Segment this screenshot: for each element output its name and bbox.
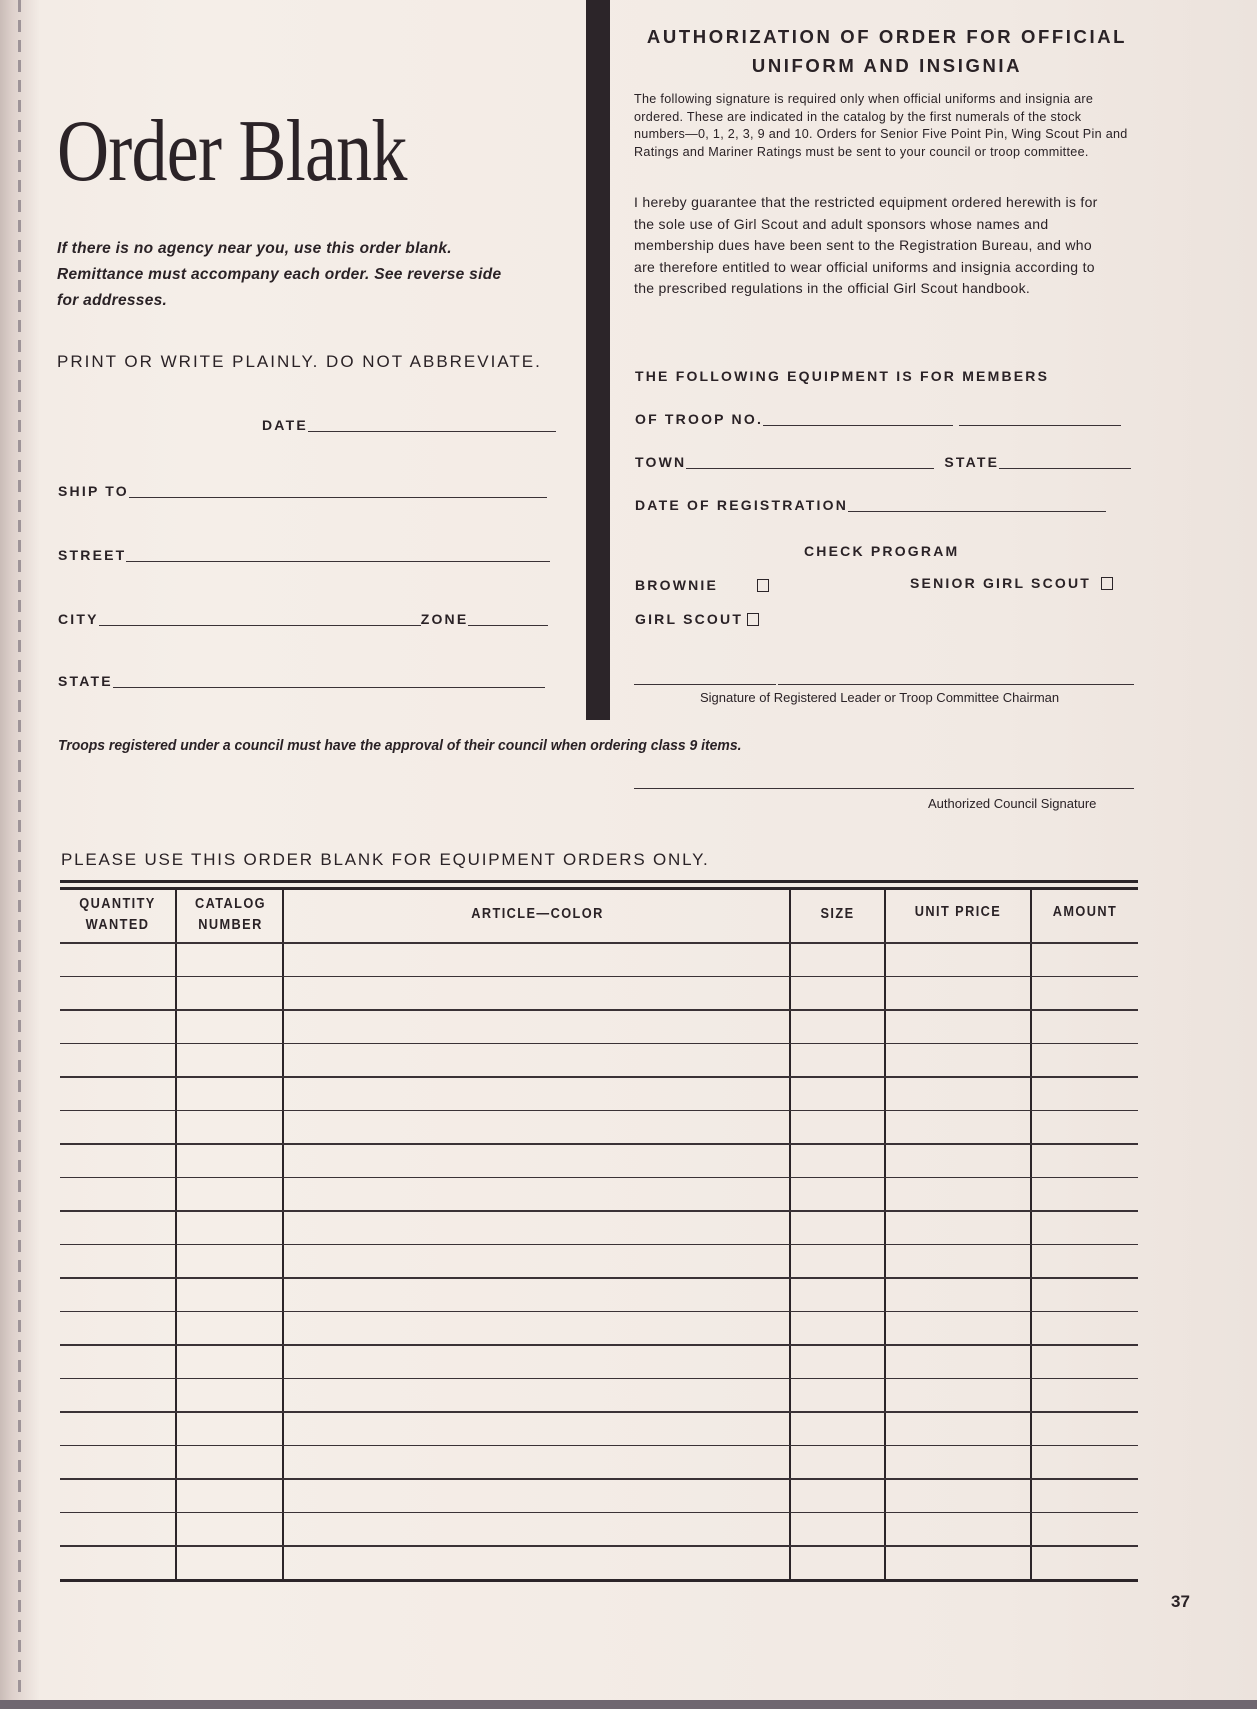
intro-text: If there is no agency near you, use this…	[57, 236, 517, 314]
leader-signature-caption: Signature of Registered Leader or Troop …	[700, 690, 1059, 705]
authorization-paragraph-1: The following signature is required only…	[634, 91, 1134, 161]
table-cell[interactable]	[886, 1413, 1028, 1443]
troop-no-field[interactable]: OF TROOP NO.	[635, 412, 1121, 426]
table-cell[interactable]	[791, 1179, 882, 1209]
leader-signature-line-a[interactable]	[634, 684, 776, 685]
ship-to-input-line[interactable]	[129, 484, 547, 498]
table-cell[interactable]	[791, 1514, 882, 1544]
zone-input-line[interactable]	[468, 612, 548, 626]
state-field[interactable]: STATE	[58, 674, 545, 688]
table-cell[interactable]	[62, 1112, 173, 1142]
program-option-senior-girl-scout[interactable]: SENIOR GIRL SCOUT	[910, 576, 1113, 590]
table-cell[interactable]	[886, 1179, 1028, 1209]
table-cell[interactable]	[886, 1112, 1028, 1142]
table-cell[interactable]	[1032, 1045, 1136, 1075]
program-option-girl-scout[interactable]: GIRL SCOUT	[635, 612, 759, 626]
page: Order Blank If there is no agency near y…	[0, 0, 1257, 1709]
table-cell[interactable]	[791, 1380, 882, 1410]
table-cell[interactable]	[177, 1413, 280, 1443]
state-input-line[interactable]	[113, 674, 545, 688]
leader-signature-line-b[interactable]	[778, 684, 1134, 685]
divider-bar	[586, 0, 610, 720]
table-cell[interactable]	[791, 1145, 882, 1175]
table-cell[interactable]	[284, 978, 787, 1008]
table-cell[interactable]	[791, 978, 882, 1008]
street-input-line[interactable]	[126, 548, 550, 562]
zone-label: ZONE	[421, 612, 469, 626]
town-input-line[interactable]	[686, 455, 934, 469]
table-cell[interactable]	[177, 1447, 280, 1477]
table-cell[interactable]	[62, 978, 173, 1008]
table-cell[interactable]	[177, 1480, 280, 1510]
table-cell[interactable]	[284, 1313, 787, 1343]
table-cell[interactable]	[886, 1380, 1028, 1410]
table-cell[interactable]	[1032, 1346, 1136, 1376]
street-field[interactable]: STREET	[58, 548, 550, 562]
print-instruction: PRINT OR WRITE PLAINLY. DO NOT ABBREVIAT…	[57, 352, 542, 372]
table-cell[interactable]	[1032, 1480, 1136, 1510]
table-cell[interactable]	[62, 1279, 173, 1309]
table-cell[interactable]	[791, 1246, 882, 1276]
senior-girl-scout-label: SENIOR GIRL SCOUT	[910, 576, 1091, 590]
table-cell[interactable]	[791, 1313, 882, 1343]
table-cell[interactable]	[284, 1045, 787, 1075]
program-option-brownie[interactable]: BROWNIE	[635, 578, 769, 592]
table-cell[interactable]	[1032, 1078, 1136, 1108]
table-cell[interactable]	[177, 1346, 280, 1376]
table-cell[interactable]	[62, 1380, 173, 1410]
column-header-line: CATALOG	[183, 894, 277, 915]
table-cell[interactable]	[886, 1246, 1028, 1276]
table-cell[interactable]	[886, 1514, 1028, 1544]
table-cell[interactable]	[1032, 1447, 1136, 1477]
table-cell[interactable]	[886, 1045, 1028, 1075]
table-cell[interactable]	[62, 1514, 173, 1544]
column-header-article-color: ARTICLE—COLOR	[316, 904, 759, 925]
table-cell[interactable]	[791, 1547, 882, 1577]
table-cell[interactable]	[284, 1179, 787, 1209]
table-cell[interactable]	[1032, 1112, 1136, 1142]
table-cell[interactable]	[177, 1011, 280, 1041]
date-field[interactable]: DATE	[262, 418, 556, 432]
town-state-field[interactable]: TOWN STATE	[635, 455, 1131, 469]
table-cell[interactable]	[177, 1547, 280, 1577]
table-cell[interactable]	[177, 1212, 280, 1242]
date-of-registration-field[interactable]: DATE OF REGISTRATION	[635, 498, 1106, 512]
page-number: 37	[1171, 1592, 1190, 1612]
authorization-paragraph-2: I hereby guarantee that the restricted e…	[634, 192, 1114, 300]
troop-no-input-line[interactable]	[763, 412, 953, 426]
table-cell[interactable]	[177, 1514, 280, 1544]
table-cell[interactable]	[284, 1011, 787, 1041]
table-cell[interactable]	[1032, 1413, 1136, 1443]
table-cell[interactable]	[177, 1145, 280, 1175]
table-top-rule	[60, 880, 1138, 883]
state-label: STATE	[58, 674, 113, 688]
table-cell[interactable]	[177, 978, 280, 1008]
council-signature-caption: Authorized Council Signature	[928, 796, 1096, 811]
table-cell[interactable]	[791, 1279, 882, 1309]
table-cell[interactable]	[791, 944, 882, 974]
table-cell[interactable]	[1032, 1514, 1136, 1544]
date-of-registration-input-line[interactable]	[848, 498, 1106, 512]
authorization-heading: AUTHORIZATION OF ORDER FOR OFFICIAL UNIF…	[632, 22, 1142, 80]
table-cell[interactable]	[177, 1246, 280, 1276]
check-program-heading: CHECK PROGRAM	[804, 544, 959, 558]
table-cell[interactable]	[1032, 1279, 1136, 1309]
column-header-catalog-number: CATALOG NUMBER	[183, 894, 277, 936]
girl-scout-label: GIRL SCOUT	[635, 612, 743, 626]
table-cell[interactable]	[1032, 1145, 1136, 1175]
date-of-registration-label: DATE OF REGISTRATION	[635, 498, 848, 512]
table-cell[interactable]	[177, 1112, 280, 1142]
table-cell[interactable]	[886, 1480, 1028, 1510]
city-input-line[interactable]	[99, 612, 421, 626]
table-cell[interactable]	[791, 1447, 882, 1477]
table-cell[interactable]	[62, 1547, 173, 1577]
table-cell[interactable]	[62, 1212, 173, 1242]
council-approval-note: Troops registered under a council must h…	[58, 737, 741, 754]
table-cell[interactable]	[284, 1514, 787, 1544]
brownie-label: BROWNIE	[635, 578, 757, 592]
table-cell[interactable]	[62, 1246, 173, 1276]
table-cell[interactable]	[791, 1112, 882, 1142]
table-cell[interactable]	[62, 1413, 173, 1443]
table-cell[interactable]	[886, 1346, 1028, 1376]
table-cell[interactable]	[886, 944, 1028, 974]
table-cell[interactable]	[791, 1212, 882, 1242]
table-cell[interactable]	[62, 1346, 173, 1376]
table-cell[interactable]	[284, 1547, 787, 1577]
table-cell[interactable]	[62, 1045, 173, 1075]
table-cell[interactable]	[284, 1346, 787, 1376]
table-cell[interactable]	[177, 1279, 280, 1309]
brownie-checkbox[interactable]	[757, 579, 769, 592]
column-header-line: NUMBER	[183, 915, 277, 936]
city-label: CITY	[58, 612, 99, 626]
ship-to-label: SHIP TO	[58, 484, 129, 498]
column-header-amount: AMOUNT	[1038, 902, 1131, 923]
column-header-quantity-wanted: QUANTITY WANTED	[67, 894, 168, 936]
table-cell[interactable]	[1032, 1547, 1136, 1577]
city-zone-field[interactable]: CITY ZONE	[58, 612, 548, 626]
order-table: QUANTITY WANTED CATALOG NUMBER ARTICLE—C…	[60, 880, 1138, 1582]
page-title: Order Blank	[57, 108, 407, 196]
table-cell[interactable]	[284, 1380, 787, 1410]
date-input-line[interactable]	[308, 418, 556, 432]
table-cell[interactable]	[62, 944, 173, 974]
table-cell[interactable]	[284, 1413, 787, 1443]
table-cell[interactable]	[62, 1011, 173, 1041]
authorization-heading-line2: UNIFORM AND INSIGNIA	[632, 51, 1142, 80]
right-state-input-line[interactable]	[999, 455, 1131, 469]
table-cell[interactable]	[177, 1313, 280, 1343]
table-cell[interactable]	[284, 1279, 787, 1309]
table-cell[interactable]	[1032, 1212, 1136, 1242]
table-cell[interactable]	[62, 1447, 173, 1477]
street-label: STREET	[58, 548, 126, 562]
table-cell[interactable]	[1032, 944, 1136, 974]
table-cell[interactable]	[1032, 1179, 1136, 1209]
table-top-rule-2	[60, 887, 1138, 890]
troop-no-label: OF TROOP NO.	[635, 412, 763, 426]
table-cell[interactable]	[886, 978, 1028, 1008]
table-cell[interactable]	[177, 1078, 280, 1108]
table-cell[interactable]	[62, 1145, 173, 1175]
right-state-label: STATE	[944, 455, 999, 469]
table-bottom-rule	[60, 1579, 1138, 1582]
troop-no-input-line-2[interactable]	[959, 412, 1121, 426]
table-cell[interactable]	[62, 1480, 173, 1510]
authorization-heading-line1: AUTHORIZATION OF ORDER FOR OFFICIAL	[632, 22, 1142, 51]
table-cell[interactable]	[886, 1011, 1028, 1041]
table-cell[interactable]	[284, 1112, 787, 1142]
table-cell[interactable]	[284, 1447, 787, 1477]
table-cell[interactable]	[886, 1212, 1028, 1242]
council-signature-line[interactable]	[634, 788, 1134, 789]
table-cell[interactable]	[62, 1078, 173, 1108]
table-cell[interactable]	[886, 1547, 1028, 1577]
column-header-size: SIZE	[797, 904, 879, 925]
table-cell[interactable]	[284, 944, 787, 974]
table-cell[interactable]	[791, 1011, 882, 1041]
perforation-line	[18, 0, 21, 1709]
table-cell[interactable]	[886, 1145, 1028, 1175]
column-header-line: WANTED	[67, 915, 168, 936]
table-cell[interactable]	[284, 1480, 787, 1510]
table-cell[interactable]	[177, 944, 280, 974]
table-cell[interactable]	[886, 1447, 1028, 1477]
table-cell[interactable]	[791, 1078, 882, 1108]
table-cell[interactable]	[791, 1480, 882, 1510]
table-cell[interactable]	[791, 1045, 882, 1075]
table-cell[interactable]	[886, 1279, 1028, 1309]
table-cell[interactable]	[1032, 1380, 1136, 1410]
table-cell[interactable]	[791, 1413, 882, 1443]
table-cell[interactable]	[886, 1078, 1028, 1108]
table-cell[interactable]	[177, 1179, 280, 1209]
table-cell[interactable]	[62, 1313, 173, 1343]
girl-scout-checkbox[interactable]	[747, 613, 759, 626]
table-cell[interactable]	[1032, 1313, 1136, 1343]
table-cell[interactable]	[177, 1380, 280, 1410]
equipment-only-note: PLEASE USE THIS ORDER BLANK FOR EQUIPMEN…	[61, 850, 710, 870]
table-cell[interactable]	[177, 1045, 280, 1075]
town-label: TOWN	[635, 455, 686, 469]
page-bottom-edge	[0, 1700, 1257, 1709]
table-cell[interactable]	[284, 1145, 787, 1175]
table-cell[interactable]	[62, 1179, 173, 1209]
column-header-unit-price: UNIT PRICE	[895, 902, 1022, 923]
column-header-line: QUANTITY	[67, 894, 168, 915]
table-cell[interactable]	[284, 1246, 787, 1276]
date-label: DATE	[262, 418, 308, 432]
ship-to-field[interactable]: SHIP TO	[58, 484, 547, 498]
table-cell[interactable]	[284, 1212, 787, 1242]
table-cell[interactable]	[1032, 1011, 1136, 1041]
table-cell[interactable]	[284, 1078, 787, 1108]
table-cell[interactable]	[791, 1346, 882, 1376]
table-cell[interactable]	[1032, 978, 1136, 1008]
table-cell[interactable]	[886, 1313, 1028, 1343]
members-heading: THE FOLLOWING EQUIPMENT IS FOR MEMBERS	[635, 369, 1049, 383]
senior-girl-scout-checkbox[interactable]	[1101, 577, 1113, 590]
table-cell[interactable]	[1032, 1246, 1136, 1276]
